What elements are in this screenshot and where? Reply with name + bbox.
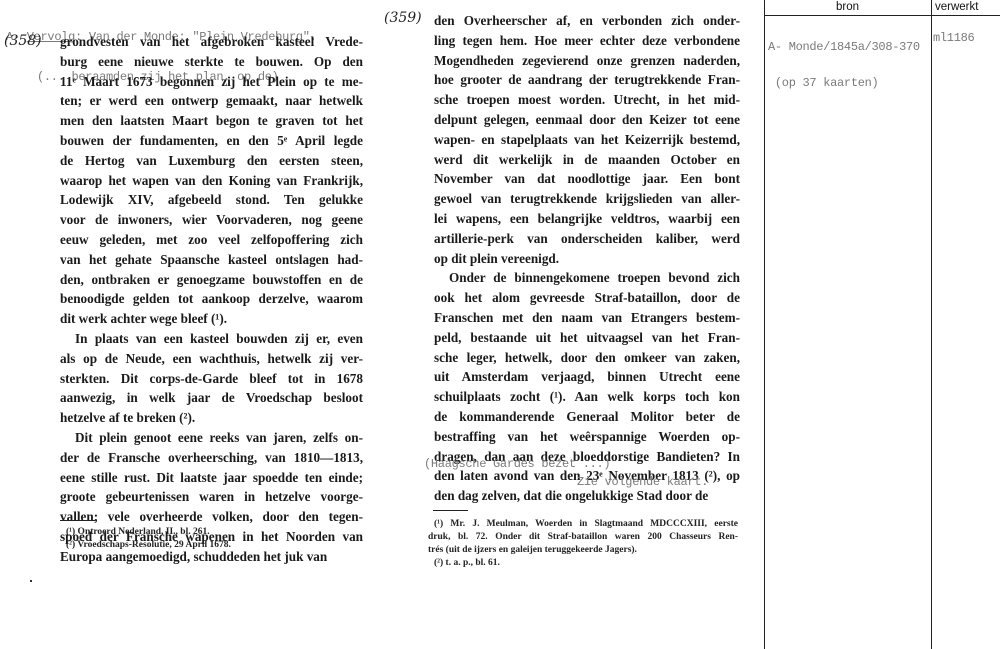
footnote-2: (²) t. a. p., bl. 61. [428,557,738,570]
text-line: de kommanderende Generaal Molitor beter … [434,407,740,427]
footnote-divider-right [433,510,468,511]
text-line: delpunt gelegen, eenmaal door den Keizer… [434,110,740,130]
footnote-1: (¹) Mr. J. Meulman, Woerden in Slagtmaan… [428,518,738,531]
text-line: artillerie-perk van onderscheiden kalibe… [434,229,740,249]
text-line: ten; er werd een ontwerp gemaakt, naar h… [60,91,363,111]
column-header-bron: bron [764,1,931,13]
right-footnotes: (¹) Mr. J. Meulman, Woerden in Slagtmaan… [428,518,738,570]
column-header-verwerkt: verwerkt [935,1,978,13]
text-line: ling tegen hem. Hoe meer echter deze ver… [434,31,740,51]
text-line: November van dat noodlottige jaar. Een b… [434,169,740,189]
text-line: den dag zelven, dat die ongelukkige Stad… [434,486,740,506]
page-number-right: (359) [384,10,422,26]
text-line: vallen; vele overheerde volken, door den… [60,507,363,527]
text-line: sche leger, hetwelk, door den omkeer van… [434,348,740,368]
text-line: bestraffing van het weêrspannige Woerden… [434,427,740,447]
table-cell-verwerkt: ml1186 [933,31,974,45]
text-line: de Hertog van Luxemburg den eersten stee… [60,151,363,171]
text-line: peld, bestaande uit het uitvaagsel van h… [434,328,740,348]
text-line: voor de inwoners, wier Voorvaderen, nog … [60,210,363,230]
text-line: grondvesten van het afgebroken kasteel V… [60,32,363,52]
text-line: hoe grooter de aandrang der terugtrekken… [434,70,740,90]
footnote-divider-left [60,520,95,521]
text-line: eene stille rust. Dit laatste jaar spoed… [60,468,363,488]
next-card-note: Zie volgende kaart. [577,475,708,489]
text-line: aanwezig, in welk jaar de Vroedschap bes… [60,388,363,408]
text-line: der de Fransche overheersching, van 1810… [60,448,363,468]
text-line: Onder de binnengekomene troepen bevond z… [434,268,740,288]
text-line: hetzelve af te breken (²). [60,408,363,428]
footnote-1-cont: druk, bl. 72. Onder dit Straf-bataillon … [428,531,738,544]
footnote-2: (²) Vroedschaps-Resolutie, 29 April 1678… [66,539,231,552]
text-line: men den laatsten Maart begon te graven t… [60,111,363,131]
right-page-text: den Overheerscher af, en verbonden zich … [434,11,740,506]
table-cell-bron: A- Monde/1845a/308-370 (op 37 kaarten) [768,17,920,101]
text-line: burg eene nieuwe sterkte te bouwen. Op d… [60,52,363,72]
left-footnotes: (¹) Ontroerd Nederland, II., bl. 261. (²… [66,526,231,552]
text-line: werd dit werkelijk in de maanden October… [434,150,740,170]
text-line: ook het alom gevreesde Straf-bataillon, … [434,288,740,308]
text-line: lei wapens, een belangrijke veldtros, wa… [434,209,740,229]
text-line: Lodewijk XIV, afgebeeld stond. Ten geluk… [60,190,363,210]
left-page-text: grondvesten van het afgebroken kasteel V… [60,32,363,567]
page-number-left: (358) [4,33,42,49]
text-line: gewoel van terugtrekkende krijgslieden v… [434,189,740,209]
text-line: eeuw geleden, met zoo veel zelfopofferin… [60,230,363,250]
text-line: op dit plein vereenigd. [434,249,740,269]
text-line: uit Amsterdam verjaagd, binnen Utrecht e… [434,367,740,387]
text-line: sche troepen moest worden. Utrecht, in h… [434,90,740,110]
text-line: van het gehate Spaansche kasteel ontslag… [60,250,363,270]
text-line: 11ᵉ Maart 1673 begonnen zij het Plein op… [60,72,363,92]
text-line: sterkten. Dit corps-de-Garde bleef tot i… [60,369,363,389]
text-line: schuilplaats zocht (¹). Aan welk korps t… [434,387,740,407]
card-continuation-bottom: (Haagsche Gardes bezet ...) [424,457,610,471]
text-line: Dit plein genoot eene reeks van jaren, z… [60,428,363,448]
text-line: bouwen der fundamenten, en den 5ᵉ April … [60,131,363,151]
text-line: wapen- en stapelplaats van het Keizerrij… [434,130,740,150]
text-line: den Overheerscher af, en verbonden zich … [434,11,740,31]
text-line: als op de Neude, een wachthuis, hetwelk … [60,349,363,369]
text-line: groote gebeurtenissen waren in hetzelve … [60,487,363,507]
bron-line-1: A- Monde/1845a/308-370 [768,41,920,53]
bron-line-2: (op 37 kaarten) [768,77,920,89]
table-border-left [764,0,765,649]
footnote-1-cont2: trés (uit de ijzers en galeijen teruggek… [428,544,738,557]
table-border-middle [931,0,932,649]
table-header-divider [764,15,1000,16]
footnote-1: (¹) Ontroerd Nederland, II., bl. 261. [66,526,231,539]
stray-dot [30,580,32,582]
text-line: dit werk achter wege bleef (¹). [60,309,363,329]
text-line: In plaats van een kasteel bouwden zij er… [60,329,363,349]
text-line: waarop het wapen van den Koning van Fran… [60,171,363,191]
text-line: benoodigde gelden tot aankoop derzelve, … [60,289,363,309]
text-line: Franschen met den naam van Etrangers bes… [434,308,740,328]
text-line: den, ontbraken er genoegzame bouwstoffen… [60,270,363,290]
text-line: Mogendheden zegevierend onze grenzen nad… [434,51,740,71]
